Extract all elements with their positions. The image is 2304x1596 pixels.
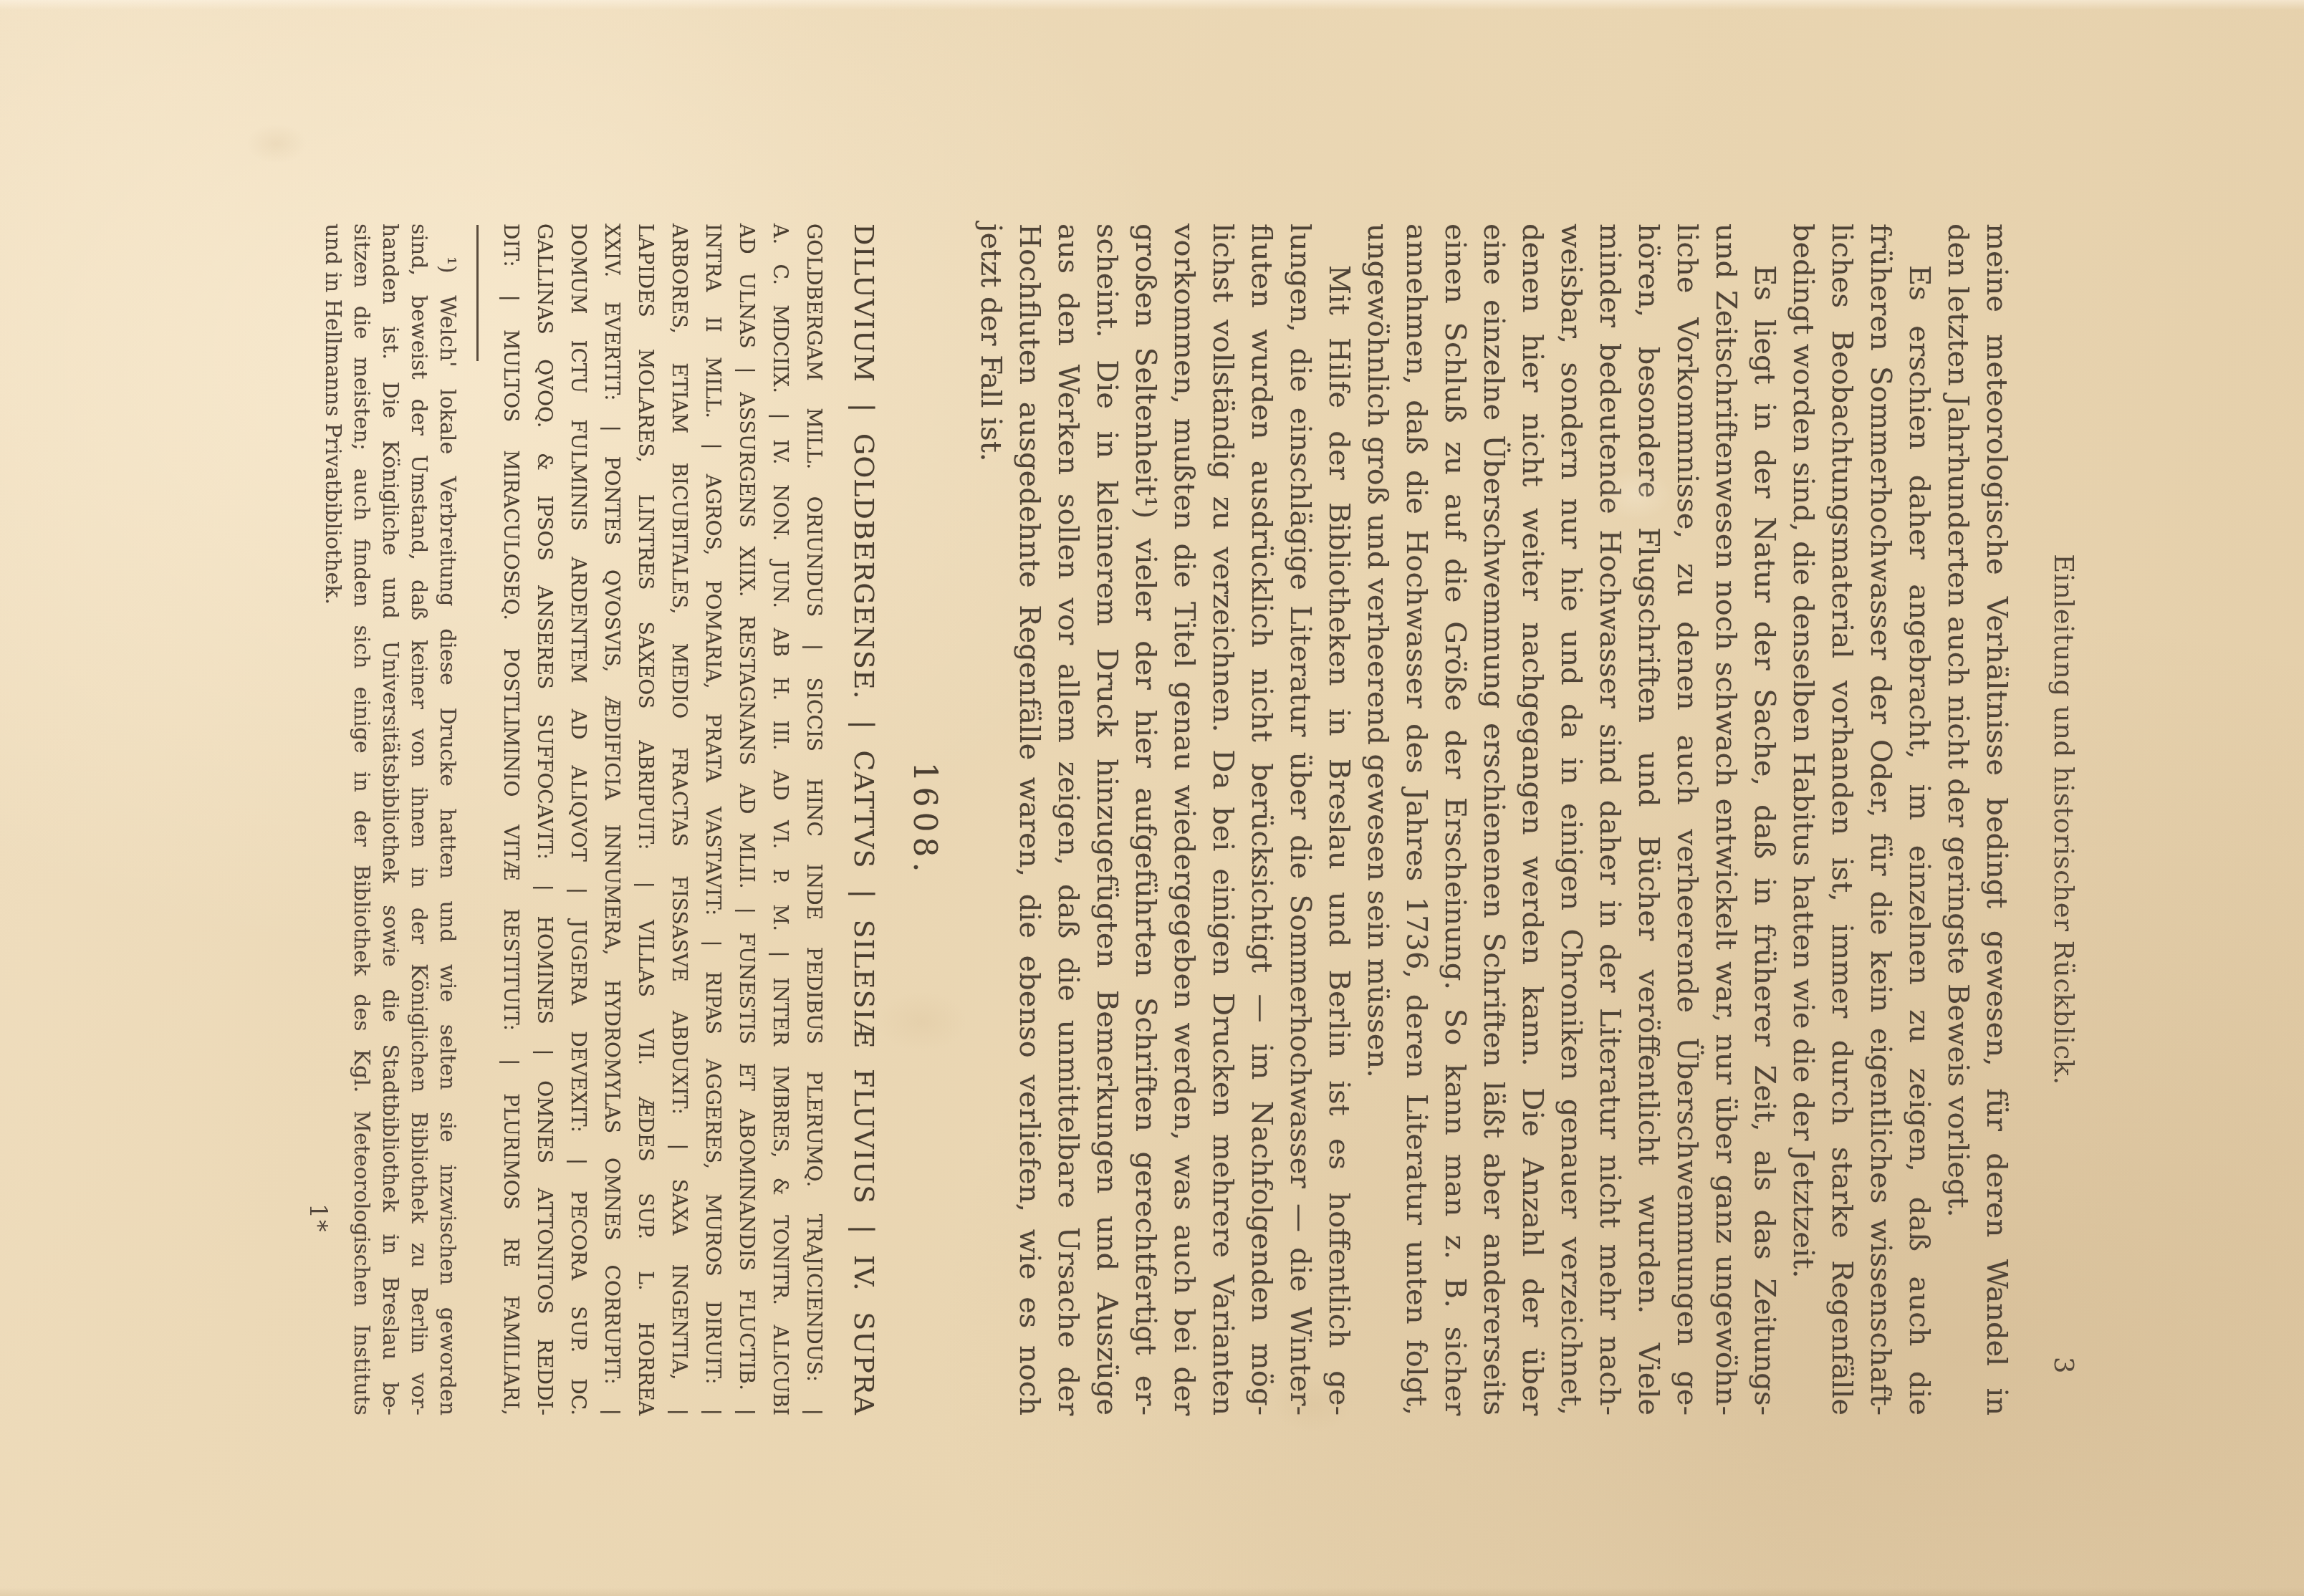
latin-text-line: DIT: | MULTOS MIRACULOSEQ. POSTLIMINIO V… — [494, 223, 528, 1415]
latin-text-line: GALLINAS QVOQ. & IPSOS ANSERES SUFFOCAVI… — [528, 223, 562, 1415]
body-text-line: Mit Hilfe der Bibliotheken in Breslau un… — [1320, 223, 1358, 1415]
body-text-line: großen Seltenheit¹) vieler der hier aufg… — [1126, 223, 1165, 1415]
body-text-line: fluten wurden ausdrücklich nicht berücks… — [1242, 223, 1281, 1415]
latin-text-line: AD ULNAS | ASSURGENS XIIX. RESTAGNANS AD… — [730, 223, 764, 1415]
body-text-line: annehmen, daß die Hochwasser des Jahres … — [1397, 223, 1436, 1415]
scanned-book-page: Einleitung und historischer Rückblick. 3… — [0, 0, 2304, 1596]
rotated-page: Einleitung und historischer Rückblick. 3… — [0, 0, 2304, 1596]
body-text-line: Es erschien daher angebracht, im einzeln… — [1900, 223, 1939, 1415]
body-text-line: bedingt worden sind, die denselben Habit… — [1784, 223, 1823, 1415]
latin-text-line: A. C. MDCIIX. | IV. NON. JUN. AB H. III.… — [764, 223, 797, 1415]
body-text-line: einen Schluß zu auf die Größe der Ersche… — [1436, 223, 1474, 1415]
footnote-line: sind, beweist der Umstand, daß keiner vo… — [404, 223, 433, 1415]
body-text-line: minder bedeutende Hochwasser sind daher … — [1590, 223, 1629, 1415]
footnote-line: sitzen die meisten; auch finden sich ein… — [347, 223, 375, 1415]
section-heading-year: 1608. — [906, 223, 943, 1415]
footnote-line: ¹) Welch' lokale Verbreitung diese Druck… — [433, 223, 461, 1415]
body-text-line: scheint. Die in kleinerem Druck hinzugef… — [1088, 223, 1126, 1415]
latin-text-line: XXIV. EVERTIT: | PONTES QVOSVIS, ÆDIFICI… — [595, 223, 629, 1415]
page-number: 3 — [2048, 1357, 2079, 1374]
running-header-title: Einleitung und historischer Rückblick. — [2048, 554, 2079, 1085]
body-text-line: aus den Werken sollen vor allem zeigen, … — [1049, 223, 1088, 1415]
body-text-line: meine meteorologische Verhältnisse bedin… — [1977, 223, 2016, 1415]
latin-text-line: INTRA II MILL. | AGROS, POMARIA, PRATA V… — [696, 223, 730, 1415]
body-text: meine meteorologische Verhältnisse bedin… — [971, 223, 2016, 1415]
latin-title-line: DILUVIUM | GOLDBERGENSE. | CATTVS | SILE… — [845, 223, 883, 1415]
footnote-line: handen ist. Die Königliche und Universit… — [375, 223, 404, 1415]
body-text-line: ungewöhnlich groß und verheerend gewesen… — [1358, 223, 1397, 1415]
body-text-line: liches Beobachtungsmaterial vorhanden is… — [1823, 223, 1861, 1415]
latin-text-line: GOLDBERGAM MILL. ORIUNDUS | SICCIS HINC … — [797, 223, 831, 1415]
body-text-line: den letzten Jahrhunderten auch nicht der… — [1939, 223, 1977, 1415]
latin-transcription: GOLDBERGAM MILL. ORIUNDUS | SICCIS HINC … — [494, 223, 831, 1415]
body-text-line: und Zeitschriftenwesen noch schwach entw… — [1707, 223, 1745, 1415]
body-text-line: früheren Sommerhochwasser der Oder, für … — [1861, 223, 1900, 1415]
body-text-line: hören, besondere Flugschriften und Büche… — [1629, 223, 1668, 1415]
body-text-line: Es liegt in der Natur der Sache, daß in … — [1745, 223, 1784, 1415]
latin-text-line: ARBORES, ETIAM BICUBITALES, MEDIO FRACTA… — [663, 223, 696, 1415]
footnote-rule — [476, 225, 479, 361]
body-text-line: denen hier nicht weiter nachgegangen wer… — [1513, 223, 1552, 1415]
body-text-line: lungen, die einschlägige Literatur über … — [1281, 223, 1320, 1415]
body-text-line: lichst vollständig zu verzeichnen. Da be… — [1204, 223, 1242, 1415]
latin-text-line: LAPIDES MOLARES, LINTRES SAXEOS ABRIPUIT… — [629, 223, 663, 1415]
running-header: Einleitung und historischer Rückblick. 3 — [2045, 223, 2079, 1415]
body-text-line: eine einzelne Überschwemmung erschienene… — [1474, 223, 1513, 1415]
signature-mark: 1* — [304, 1203, 332, 1234]
body-text-line: vorkommen, mußten die Titel genau wieder… — [1165, 223, 1204, 1415]
text-block: Einleitung und historischer Rückblick. 3… — [0, 223, 2304, 1415]
body-text-line: weisbar, sondern nur hie und da in einig… — [1552, 223, 1590, 1415]
footnote-line: und in Hellmanns Privatbibliothek. — [318, 223, 347, 1415]
body-text-line: Hochfluten ausgedehnte Regenfälle waren,… — [1010, 223, 1049, 1415]
latin-text-line: DOMUM ICTU FULMINIS ARDENTEM AD ALIQVOT … — [562, 223, 595, 1415]
body-text-line: liche Vorkommnisse, zu denen auch verhee… — [1668, 223, 1707, 1415]
body-text-line: jetzt der Fall ist. — [971, 223, 1010, 1415]
footnote: ¹) Welch' lokale Verbreitung diese Druck… — [318, 223, 461, 1415]
